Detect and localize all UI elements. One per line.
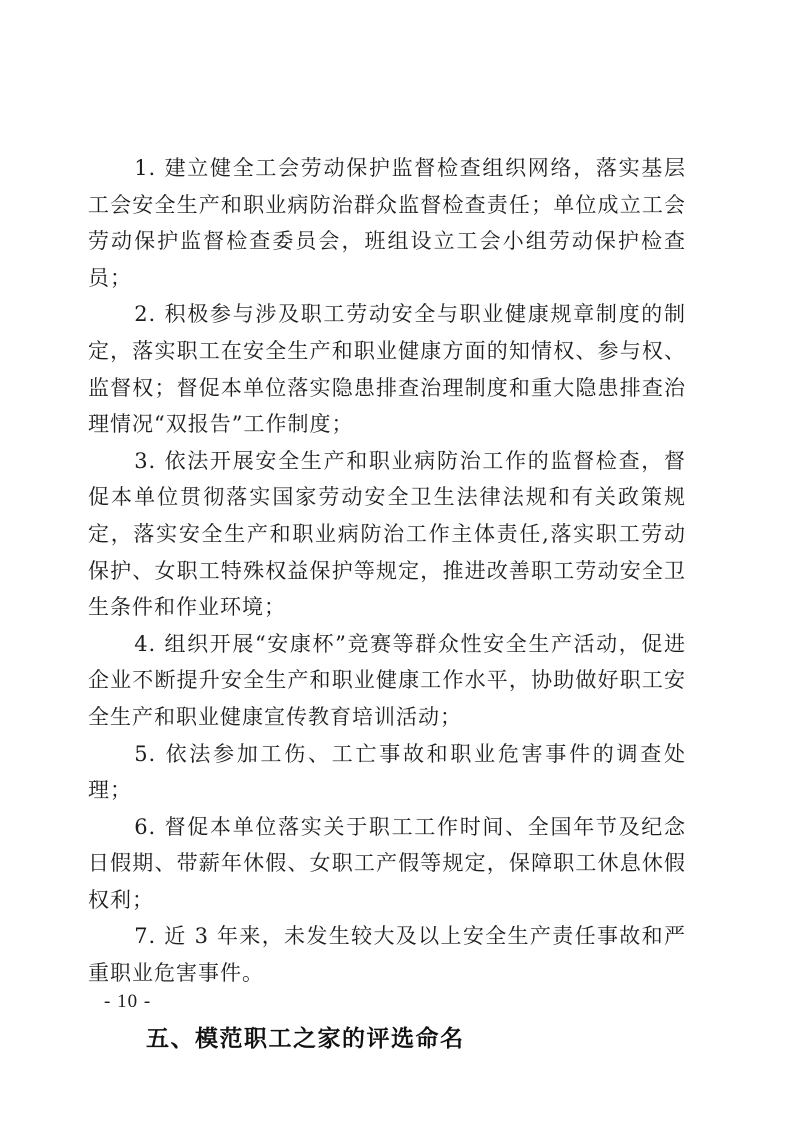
numbered-item-4: 4. 组织开展“安康杯”竞赛等群众性安全生产活动，促进企业不断提升安全生产和职业… <box>88 626 686 736</box>
body-text: 1. 建立健全工会劳动保护监督检查组织网络，落实基层工会安全生产和职业病防治群众… <box>88 150 686 1054</box>
numbered-item-3: 3. 依法开展安全生产和职业病防治工作的监督检查，督促本单位贯彻落实国家劳动安全… <box>88 443 686 626</box>
numbered-item-2: 2. 积极参与涉及职工劳动安全与职业健康规章制度的制定，落实职工在安全生产和职业… <box>88 296 686 442</box>
page-number: - 10 - <box>104 990 151 1014</box>
numbered-item-6: 6. 督促本单位落实关于职工工作时间、全国年节及纪念日假期、带薪年休假、女职工产… <box>88 809 686 919</box>
section-heading: 五、模范职工之家的评选命名 <box>88 1022 686 1054</box>
numbered-item-1: 1. 建立健全工会劳动保护监督检查组织网络，落实基层工会安全生产和职业病防治群众… <box>88 150 686 296</box>
numbered-item-7: 7. 近 3 年来，未发生较大及以上安全生产责任事故和严重职业危害事件。 <box>88 918 686 991</box>
document-page: 1. 建立健全工会劳动保护监督检查组织网络，落实基层工会安全生产和职业病防治群众… <box>0 0 793 1122</box>
numbered-item-5: 5. 依法参加工伤、工亡事故和职业危害事件的调查处理； <box>88 736 686 809</box>
